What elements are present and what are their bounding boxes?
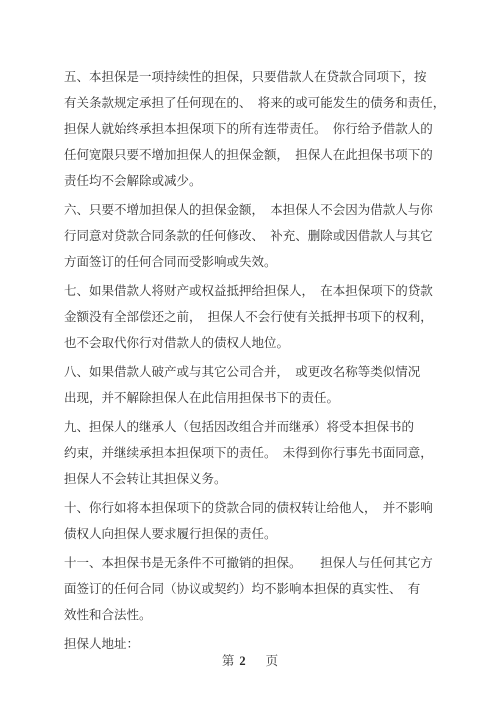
page-footer: 第2页 — [0, 648, 500, 674]
clause-5: 五、本担保是一项持续性的担保，只要借款人在贷款合同项下，按 有关条款规定承担了任… — [64, 64, 446, 194]
footer-page-number: 2 — [239, 654, 245, 668]
clause-7: 七、如果借款人将财产或权益抵押给担保人， 在本担保项下的贷款 金额没有全部偿还之… — [64, 278, 446, 356]
clause-9: 九、担保人的继承人（包括因改组合并而继承）将受本担保书的 约束，并继续承担本担保… — [64, 414, 446, 492]
footer-label-prefix: 第 — [222, 654, 235, 668]
clause-11: 十一、本担保书是无条件不可撤销的担保。 担保人与任何其它方 面签订的任何合同（协… — [64, 550, 446, 628]
document-page: 五、本担保是一项持续性的担保，只要借款人在贷款合同项下，按 有关条款规定承担了任… — [0, 0, 500, 708]
clause-6: 六、只要不增加担保人的担保金额， 本担保人不会因为借款人与你 行同意对贷款合同条… — [64, 197, 446, 275]
clause-10: 十、你行如将本担保项下的贷款合同的债权转让给他人， 并不影响 债权人向担保人要求… — [64, 495, 446, 547]
clause-8: 八、如果借款人破产或与其它公司合并， 或更改名称等类似情况 出现，并不解除担保人… — [64, 359, 446, 411]
footer-label-suffix: 页 — [266, 654, 279, 668]
